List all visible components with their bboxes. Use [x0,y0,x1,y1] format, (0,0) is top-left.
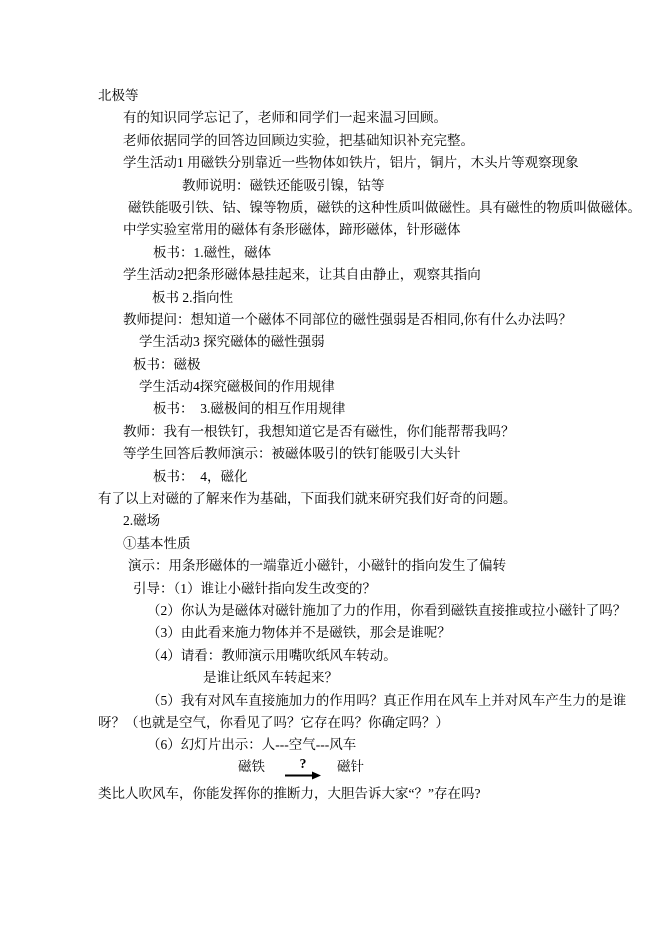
text-line: 引导：（1）谁让小磁针指向发生改变的？ [0,578,661,600]
text-line: 学生活动2把条形磁体悬挂起来，让其自由静止，观察其指向 [0,264,661,286]
text-line: 2.磁场 [0,510,661,532]
text-line: 学生活动1 用磁铁分别靠近一些物体如铁片，铝片，铜片，木头片等观察现象 [0,152,661,174]
text-line: 教师：我有一根铁钉，我想知道它是否有磁性，你们能帮帮我吗？ [0,421,661,443]
question-mark-label: ? [300,757,307,770]
text-line: 学生活动4探究磁极间的作用规律 [0,376,661,398]
text-line: 板书： 4，磁化 [0,466,661,488]
text-line: （5）我有对风车直接施加力的作用吗？真正作用在风车上并对风车产生力的是谁 [0,690,661,712]
text-line: （3）由此看来施力物体并不是磁铁，那会是谁呢？ [0,622,661,644]
text-line: 是谁让纸风车转起来？ [0,667,661,689]
text-line: 板书：1.磁性，磁体 [0,242,661,264]
question-over-arrow: ? [283,757,323,780]
text-line: 呀？（也就是空气，你看见了吗？它存在吗？你确定吗？） [0,712,661,734]
text-line: （2）你认为是磁体对磁针施加了力的作用，你看到磁铁直接推或拉小磁针了吗？ [0,600,661,622]
document-body: 北极等有的知识同学忘记了，老师和同学们一起来温习回顾。老师依据同学的回答边回顾边… [0,85,661,805]
text-line: （6）幻灯片出示：人---空气---风车 [0,734,661,756]
lesson-text-block-bottom: 类比人吹风车，你能发挥你的推断力，大胆告诉大家“？”存在吗? [0,783,661,805]
text-line: 板书： 3.磁极间的相互作用规律 [0,398,661,420]
text-line: 北极等 [0,85,661,107]
magnet-needle-diagram: 磁铁 ? 磁针 [0,757,661,783]
right-arrow-icon [284,771,322,780]
diagram-left-label: 磁铁 [238,757,265,777]
text-line: 有了以上对磁的了解来作为基础，下面我们就来研究我们好奇的问题。 [0,488,661,510]
text-line: 学生活动3 探究磁体的磁性强弱 [0,331,661,353]
lesson-text-block-top: 北极等有的知识同学忘记了，老师和同学们一起来温习回顾。老师依据同学的回答边回顾边… [0,85,661,757]
text-line: 等学生回答后教师演示：被磁体吸引的铁钉能吸引大头针 [0,443,661,465]
text-line: 有的知识同学忘记了，老师和同学们一起来温习回顾。 [0,107,661,129]
text-line: 教师提问：想知道一个磁体不同部位的磁性强弱是否相同,你有什么办法吗？ [0,309,661,331]
text-line: 教师说明：磁铁还能吸引镍，钴等 [0,175,661,197]
text-line: 演示：用条形磁体的一端靠近小磁针，小磁针的指向发生了偏转 [0,555,661,577]
text-line: 类比人吹风车，你能发挥你的推断力，大胆告诉大家“？”存在吗? [0,783,661,805]
document-page: 北极等有的知识同学忘记了，老师和同学们一起来温习回顾。老师依据同学的回答边回顾边… [0,0,661,935]
diagram-right-label: 磁针 [337,757,364,777]
text-line: 磁铁能吸引铁、钴、镍等物质，磁铁的这种性质叫做磁性。具有磁性的物质叫做磁体。 [0,197,661,219]
text-line: ①基本性质 [0,533,661,555]
text-line: 板书：磁极 [0,354,661,376]
text-line: 中学实验室常用的磁体有条形磁体，蹄形磁体，针形磁体 [0,219,661,241]
text-line: 板书 2.指向性 [0,287,661,309]
text-line: 老师依据同学的回答边回顾边实验，把基础知识补充完整。 [0,130,661,152]
text-line: （4）请看：教师演示用嘴吹纸风车转动。 [0,645,661,667]
